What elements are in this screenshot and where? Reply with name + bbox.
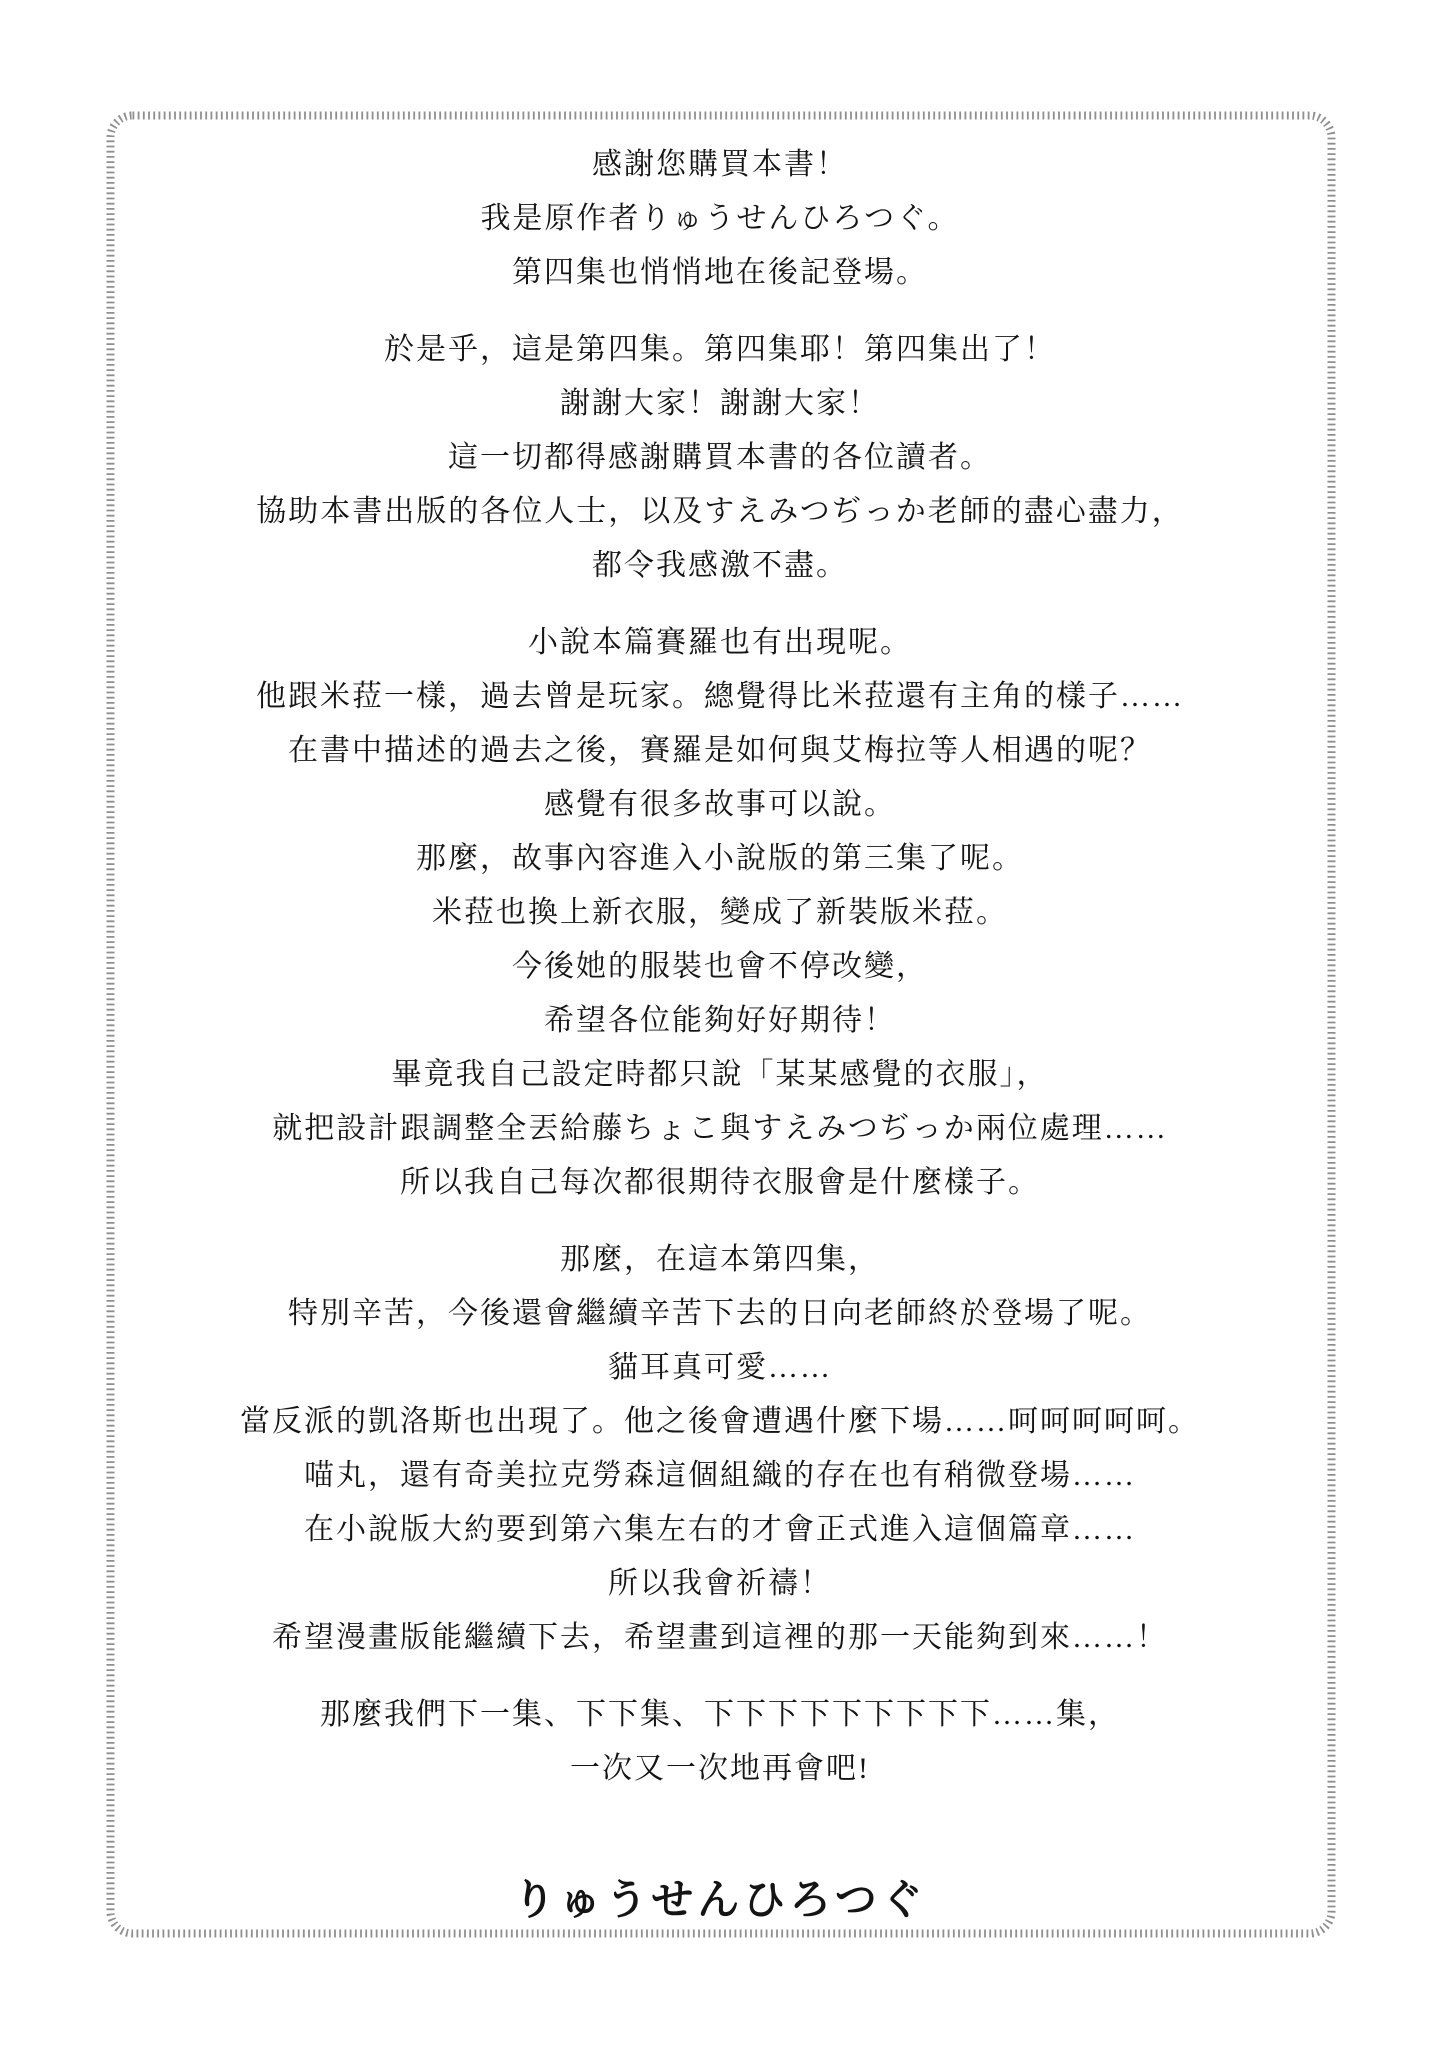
text-line: 那麼我們下一集、下下集、下下下下下下下下下……集， xyxy=(120,1688,1320,1742)
text-line: 都令我感激不盡。 xyxy=(120,539,1320,593)
text-line: 就把設計跟調整全丟給藤ちょこ與すえみつぢっか兩位處理…… xyxy=(120,1102,1320,1156)
author-signature: りゅうせんひろつぐ xyxy=(120,1871,1320,1931)
text-line: 在書中描述的過去之後，賽羅是如何與艾梅拉等人相遇的呢？ xyxy=(120,724,1320,778)
text-line: 希望漫畫版能繼續下去，希望畫到這裡的那一天能夠到來……！ xyxy=(120,1611,1320,1665)
afterword-page: 感謝您購買本書！我是原作者りゅうせんひろつぐ。第四集也悄悄地在後記登場。於是乎，… xyxy=(0,0,1440,2048)
afterword-paragraph: 那麼，在這本第四集，特別辛苦，今後還會繼續辛苦下去的日向老師終於登場了呢。貓耳真… xyxy=(120,1233,1320,1665)
text-line: 在小說版大約要到第六集左右的才會正式進入這個篇章…… xyxy=(120,1503,1320,1557)
text-line: 所以我會祈禱！ xyxy=(120,1557,1320,1611)
text-line: 希望各位能夠好好期待！ xyxy=(120,994,1320,1048)
text-line: 那麼，在這本第四集， xyxy=(120,1233,1320,1287)
text-line: 第四集也悄悄地在後記登場。 xyxy=(120,246,1320,300)
text-line: 當反派的凱洛斯也出現了。他之後會遭遇什麼下場……呵呵呵呵呵。 xyxy=(120,1395,1320,1449)
text-line: 畢竟我自己設定時都只說「某某感覺的衣服」， xyxy=(120,1048,1320,1102)
text-line: 貓耳真可愛…… xyxy=(120,1341,1320,1395)
afterword-paragraph: 於是乎，這是第四集。第四集耶！第四集出了！謝謝大家！謝謝大家！這一切都得感謝購買… xyxy=(120,323,1320,593)
text-line: 我是原作者りゅうせんひろつぐ。 xyxy=(120,192,1320,246)
text-line: 他跟米菈一樣，過去曾是玩家。總覺得比米菈還有主角的樣子…… xyxy=(120,670,1320,724)
text-line: 小說本篇賽羅也有出現呢。 xyxy=(120,616,1320,670)
text-line: 一次又一次地再會吧! xyxy=(120,1742,1320,1796)
text-line: 那麼，故事內容進入小說版的第三集了呢。 xyxy=(120,832,1320,886)
text-line: 喵丸，還有奇美拉克勞森這個組織的存在也有稍微登場…… xyxy=(120,1449,1320,1503)
text-line: 謝謝大家！謝謝大家！ xyxy=(120,377,1320,431)
afterword-paragraph: 那麼我們下一集、下下集、下下下下下下下下下……集，一次又一次地再會吧! xyxy=(120,1688,1320,1796)
text-line: 於是乎，這是第四集。第四集耶！第四集出了！ xyxy=(120,323,1320,377)
text-line: 今後她的服裝也會不停改變， xyxy=(120,940,1320,994)
text-line: 特別辛苦，今後還會繼續辛苦下去的日向老師終於登場了呢。 xyxy=(120,1287,1320,1341)
text-line: 感覺有很多故事可以說。 xyxy=(120,778,1320,832)
text-line: 米菈也換上新衣服，變成了新裝版米菈。 xyxy=(120,886,1320,940)
text-line: 協助本書出版的各位人士，以及すえみつぢっか老師的盡心盡力， xyxy=(120,485,1320,539)
text-line: 感謝您購買本書！ xyxy=(120,138,1320,192)
text-line: 這一切都得感謝購買本書的各位讀者。 xyxy=(120,431,1320,485)
afterword-paragraph: 小說本篇賽羅也有出現呢。他跟米菈一樣，過去曾是玩家。總覺得比米菈還有主角的樣子…… xyxy=(120,616,1320,1210)
afterword-body: 感謝您購買本書！我是原作者りゅうせんひろつぐ。第四集也悄悄地在後記登場。於是乎，… xyxy=(120,138,1320,1931)
text-line: 所以我自己每次都很期待衣服會是什麼樣子。 xyxy=(120,1156,1320,1210)
afterword-paragraph: 感謝您購買本書！我是原作者りゅうせんひろつぐ。第四集也悄悄地在後記登場。 xyxy=(120,138,1320,300)
